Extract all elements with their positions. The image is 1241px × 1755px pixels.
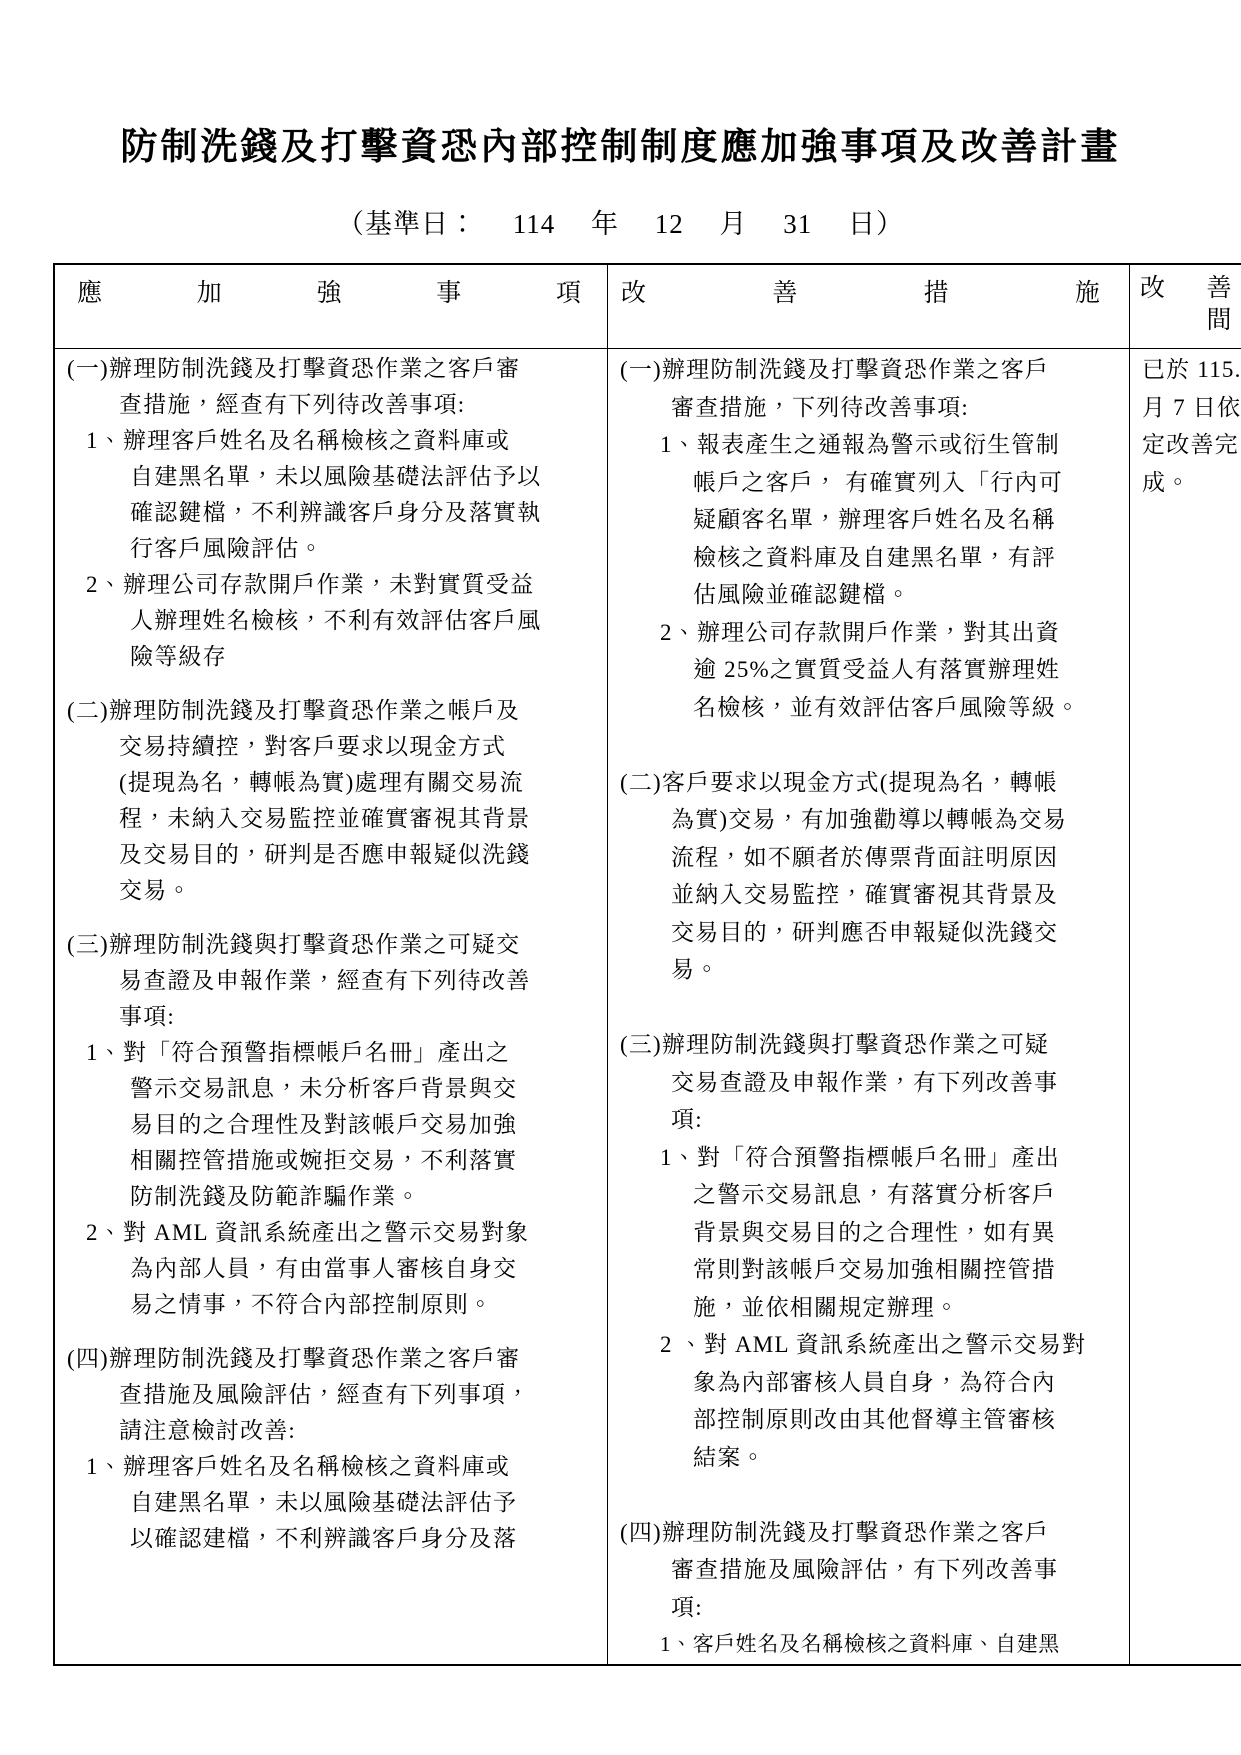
text-line: 1、對「符合預警指標帳戶名冊」產出之 [67, 1035, 603, 1071]
text-line: 確認鍵檔，不利辨識客戶身分及落實執 [67, 495, 603, 531]
text-line: 及交易目的，研判是否應申報疑似洗錢 [67, 837, 603, 873]
text-line: 並納入交易監控，確實審視其背景及 [620, 876, 1125, 914]
header-improvement-time-line1: 改善時 [1140, 273, 1241, 305]
table-body-row: (一)辦理防制洗錢及打擊資恐作業之客戶審查措施，經查有下列待改善事項:1、辦理客… [54, 349, 1241, 1665]
text-line: 自建黑名單，未以風險基礎法評估予 [67, 1485, 603, 1521]
blank-line [620, 989, 1125, 1027]
text-line: 審查措施，下列待改善事項: [620, 389, 1125, 427]
text-line: 疑顧客名單，辦理客戶姓名及名稱 [620, 501, 1125, 539]
text-line: 為內部人員，有由當事人審核自身交 [67, 1251, 603, 1287]
text-line: 定改善完 [1142, 426, 1241, 464]
blank-line [67, 1323, 603, 1341]
header-improvement-time: 改善時 間 [1130, 264, 1241, 349]
text-line: (提現為名，轉帳為實)處理有關交易流 [67, 765, 603, 801]
text-line: 項: [620, 1101, 1125, 1139]
text-line: 逾 25%之實質受益人有落實辦理姓 [620, 651, 1125, 689]
text-line: (一)辦理防制洗錢及打擊資恐作業之客戶審 [67, 351, 603, 387]
text-line: 背景與交易目的之合理性，如有異 [620, 1214, 1125, 1252]
header-improvement-time-line2: 間 [1140, 305, 1241, 337]
text-line: 估風險並確認鍵檔。 [620, 576, 1125, 614]
text-line: 為實)交易，有加強勸導以轉帳為交易 [620, 801, 1125, 839]
text-line: 險等級存 [67, 639, 603, 675]
text-line: 查措施及風險評估，經查有下列事項， [67, 1377, 603, 1413]
text-line: 2、辦理公司存款開戶作業，未對實質受益 [67, 567, 603, 603]
text-line: (一)辦理防制洗錢及打擊資恐作業之客戶 [620, 351, 1125, 389]
text-line: 交易目的，研判應否申報疑似洗錢交 [620, 914, 1125, 952]
text-line: 項: [620, 1589, 1125, 1627]
header-improvement-measures: 改善措施 [608, 264, 1130, 349]
text-line: 2、辦理公司存款開戶作業，對其出資 [620, 614, 1125, 652]
blank-line [67, 909, 603, 927]
text-line: 名檢核，並有效評估客戶風險等級。 [620, 689, 1125, 727]
text-line: 警示交易訊息，未分析客戶背景與交 [67, 1071, 603, 1107]
text-line: 檢核之資料庫及自建黑名單，有評 [620, 539, 1125, 577]
text-line: 事項: [67, 999, 603, 1035]
text-line: (三)辦理防制洗錢與打擊資恐作業之可疑交 [67, 927, 603, 963]
text-line: 1、客戶姓名及名稱檢核之資料庫、自建黑 [620, 1626, 1125, 1664]
text-line: 帳戶之客戶， 有確實列入「行內可 [620, 464, 1125, 502]
text-line: 施，並依相關規定辦理。 [620, 1289, 1125, 1327]
text-line: 成。 [1142, 464, 1241, 502]
document-page: 防制洗錢及打擊資恐內部控制制度應加強事項及改善計畫 （基準日： 114 年 12… [0, 116, 1241, 1666]
header-items-to-strengthen: 應加強事項 [54, 264, 608, 349]
text-line: 防制洗錢及防範詐騙作業。 [67, 1179, 603, 1215]
text-line: 易之情事，不符合內部控制原則。 [67, 1287, 603, 1323]
text-line: (四)辦理防制洗錢及打擊資恐作業之客戶審 [67, 1341, 603, 1377]
text-line: 程，未納入交易監控並確實審視其背景 [67, 801, 603, 837]
text-line: 月 7 日依規 [1142, 389, 1241, 427]
text-line: 1、辦理客戶姓名及名稱檢核之資料庫或 [67, 423, 603, 459]
text-line: 行客戶風險評估。 [67, 531, 603, 567]
cell-items-to-strengthen: (一)辦理防制洗錢及打擊資恐作業之客戶審查措施，經查有下列待改善事項:1、辦理客… [54, 349, 608, 1665]
page-title: 防制洗錢及打擊資恐內部控制制度應加強事項及改善計畫 [0, 116, 1241, 170]
text-line: 常則對該帳戶交易加強相關控管措 [620, 1251, 1125, 1289]
text-line: (二)辦理防制洗錢及打擊資恐作業之帳戶及 [67, 693, 603, 729]
text-line: 人辦理姓名檢核，不利有效評估客戶風 [67, 603, 603, 639]
text-line: 1、報表產生之通報為警示或衍生管制 [620, 426, 1125, 464]
improvement-plan-table: 應加強事項 改善措施 改善時 間 (一)辦理防制洗錢及打擊資恐作業之客戶審查措施… [53, 263, 1241, 1666]
text-line: 相關控管措施或婉拒交易，不利落實 [67, 1143, 603, 1179]
text-line: (二)客戶要求以現金方式(提現為名，轉帳 [620, 764, 1125, 802]
text-line: 2、對 AML 資訊系統產出之警示交易對象 [67, 1215, 603, 1251]
text-line: 流程，如不願者於傳票背面註明原因 [620, 839, 1125, 877]
blank-line [620, 726, 1125, 764]
text-line: 易。 [620, 951, 1125, 989]
text-line: 1、對「符合預警指標帳戶名冊」產出 [620, 1139, 1125, 1177]
text-line: 自建黑名單，未以風險基礎法評估予以 [67, 459, 603, 495]
text-line: 審查措施及風險評估，有下列改善事 [620, 1551, 1125, 1589]
text-line: 已於 115.1 [1142, 351, 1241, 389]
text-line: 易目的之合理性及對該帳戶交易加強 [67, 1107, 603, 1143]
baseline-date: （基準日： 114 年 12 月 31 日） [0, 202, 1241, 241]
text-line: 查措施，經查有下列待改善事項: [67, 387, 603, 423]
text-line: 交易持續控，對客戶要求以現金方式 [67, 729, 603, 765]
text-line: 象為內部審核人員自身，為符合內 [620, 1364, 1125, 1402]
text-line: 1、辦理客戶姓名及名稱檢核之資料庫或 [67, 1449, 603, 1485]
text-line: 2 、對 AML 資訊系統產出之警示交易對 [620, 1326, 1125, 1364]
text-line: 以確認建檔，不利辨識客戶身分及落 [67, 1521, 603, 1557]
cell-improvement-measures: (一)辦理防制洗錢及打擊資恐作業之客戶審查措施，下列待改善事項:1、報表產生之通… [608, 349, 1130, 1665]
table-header-row: 應加強事項 改善措施 改善時 間 [54, 264, 1241, 349]
text-line: 交易。 [67, 873, 603, 909]
text-line: (三)辦理防制洗錢與打擊資恐作業之可疑 [620, 1026, 1125, 1064]
text-line: 之警示交易訊息，有落實分析客戶 [620, 1176, 1125, 1214]
text-line: 易查證及申報作業，經查有下列待改善 [67, 963, 603, 999]
text-line: 請注意檢討改善: [67, 1413, 603, 1449]
text-line: 交易查證及申報作業，有下列改善事 [620, 1064, 1125, 1102]
blank-line [620, 1476, 1125, 1514]
cell-improvement-time: 已於 115.1月 7 日依規定改善完成。 [1130, 349, 1241, 1665]
text-line: 結案。 [620, 1439, 1125, 1477]
blank-line [67, 675, 603, 693]
text-line: (四)辦理防制洗錢及打擊資恐作業之客戶 [620, 1514, 1125, 1552]
text-line: 部控制原則改由其他督導主管審核 [620, 1401, 1125, 1439]
